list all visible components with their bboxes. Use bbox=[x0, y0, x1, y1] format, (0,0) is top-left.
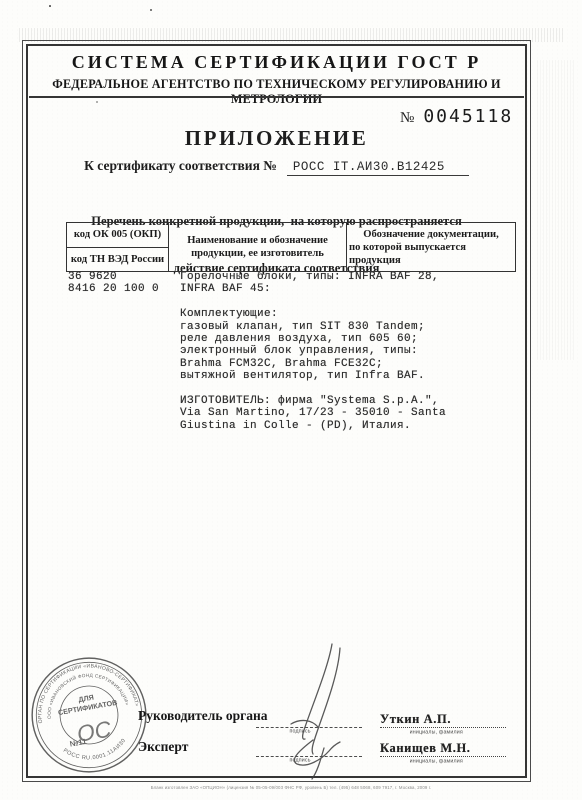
expert-role: Эксперт bbox=[138, 739, 188, 755]
head-signature-line bbox=[256, 727, 362, 728]
manufacturer-line: ИЗГОТОВИТЕЛЬ: фирма "Systema S.p.A.", bbox=[180, 395, 446, 407]
documentation-column-header: Обозначение документации, по которой вып… bbox=[347, 223, 515, 271]
product-name-column-header: Наименование и обозначение продукции, ее… bbox=[169, 223, 347, 271]
head-name-caption: инициалы, фамилия bbox=[410, 730, 463, 735]
certificate-appendix-page: СИСТЕМА СЕРТИФИКАЦИИ ГОСТ Р ФЕДЕРАЛЬНОЕ … bbox=[0, 0, 582, 800]
product-line: Горелочные блоки, типы: INFRA BAF 28, bbox=[180, 271, 446, 283]
appendix-title-wrap: ПРИЛОЖЕНИЕ bbox=[22, 126, 531, 151]
codes-column-header: код ОК 005 (ОКП) код ТН ВЭД России bbox=[67, 223, 169, 271]
product-line: реле давления воздуха, тип 605 60; bbox=[180, 333, 446, 345]
tnved-code-value: 8416 20 100 0 bbox=[68, 283, 159, 295]
head-name: Уткин А.П. bbox=[380, 712, 506, 728]
product-line: INFRA BAF 45: bbox=[180, 283, 446, 295]
product-line: вытяжной вентилятор, тип Infra BAF. bbox=[180, 370, 446, 382]
tnved-code-header: код ТН ВЭД России bbox=[67, 248, 168, 272]
head-of-body-role: Руководитель органа bbox=[138, 708, 268, 724]
expert-name-caption: инициалы, фамилия bbox=[410, 759, 463, 764]
product-line: газовый клапан, тип SIT 830 Tandem; bbox=[180, 321, 446, 333]
scan-speck bbox=[150, 9, 152, 11]
number-sign: № bbox=[400, 110, 414, 127]
certificate-number: РОСС IT.АИ30.В12425 bbox=[287, 160, 469, 176]
certificate-reference-label: К сертификату соответствия № bbox=[84, 158, 277, 174]
agency-title: ФЕДЕРАЛЬНОЕ АГЕНТСТВО ПО ТЕХНИЧЕСКОМУ РЕ… bbox=[22, 77, 531, 107]
serial-digits: 0045118 bbox=[423, 106, 513, 127]
manufacturer-line: Giustina in Colle - (PD), Италия. bbox=[180, 420, 446, 432]
product-description: Горелочные блоки, типы: INFRA BAF 28, IN… bbox=[180, 271, 446, 432]
okp-code-header: код ОК 005 (ОКП) bbox=[67, 223, 168, 248]
expert-name: Канищев М.Н. bbox=[380, 741, 506, 757]
documentation-header-line2: по которой выпускается продукция bbox=[349, 241, 513, 267]
product-codes: 36 9620 8416 20 100 0 bbox=[68, 271, 159, 296]
header-separator bbox=[29, 96, 524, 98]
manufacturer-line: Via San Martino, 17/23 - 35010 - Santa bbox=[180, 407, 446, 419]
appendix-title: ПРИЛОЖЕНИЕ bbox=[22, 126, 531, 151]
head-signature-caption: подпись bbox=[289, 729, 310, 734]
expert-signature-caption: подпись bbox=[289, 758, 310, 763]
product-line: Комплектующие: bbox=[180, 308, 446, 320]
handwritten-signature bbox=[258, 636, 382, 782]
gost-header: СИСТЕМА СЕРТИФИКАЦИИ ГОСТ Р bbox=[22, 52, 531, 73]
stamp-outer-ring-text: ОРГАН ПО СЕРТИФИКАЦИИ «ИВАНОВО-СЕРТИФИКА… bbox=[29, 655, 140, 724]
product-table-header: код ОК 005 (ОКП) код ТН ВЭД России Наиме… bbox=[66, 222, 516, 272]
product-name-header-line1: Наименование и обозначение bbox=[187, 234, 328, 247]
expert-signature-line bbox=[256, 756, 362, 757]
certificate-reference: К сертификату соответствия № РОСС IT.АИ3… bbox=[22, 158, 531, 176]
scan-speck bbox=[49, 5, 51, 7]
certification-system-title: СИСТЕМА СЕРТИФИКАЦИИ ГОСТ Р bbox=[22, 52, 531, 73]
product-line: электронный блок управления, типы: bbox=[180, 345, 446, 357]
product-name-header-line2: продукции, ее изготовитель bbox=[191, 247, 324, 260]
product-line: Brahma FCM32C, Brahma FCE32C; bbox=[180, 358, 446, 370]
okp-code-value: 36 9620 bbox=[68, 271, 159, 283]
stamp-number: №11 bbox=[69, 737, 88, 749]
scan-noise-band bbox=[536, 60, 576, 360]
product-line bbox=[180, 296, 446, 308]
form-serial-number: № 0045118 bbox=[400, 106, 513, 127]
product-line bbox=[180, 383, 446, 395]
agency-header: ФЕДЕРАЛЬНОЕ АГЕНТСТВО ПО ТЕХНИЧЕСКОМУ РЕ… bbox=[22, 77, 531, 107]
documentation-header-line1: Обозначение документации, bbox=[363, 228, 499, 241]
blank-printer-note: Бланк изготовлен ЗАО «ОПЦИОН» (лицензия … bbox=[81, 786, 500, 790]
